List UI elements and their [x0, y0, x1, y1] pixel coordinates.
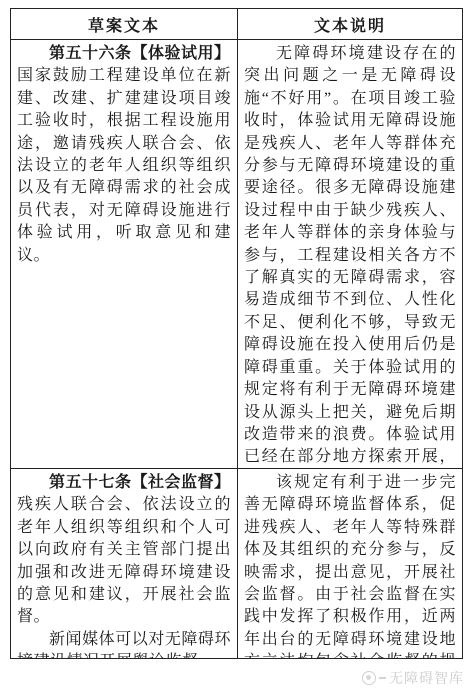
article-56-title: 第五十六条【体验试用】 — [49, 45, 231, 62]
watermark-logo-icon — [362, 671, 376, 685]
watermark-text: 无障碍智库 — [389, 668, 464, 688]
watermark: 无障碍智库 — [362, 669, 464, 687]
article-57-paragraph-1: 第五十七条【社会监督】残疾人联合会、依法设立的老年人组织等组织和个人可以向政府有… — [17, 472, 231, 629]
document-page: 草案文本 文本说明 第五十六条【体验试用】国家鼓励工程建设单位在新建、改建、扩建… — [0, 0, 474, 700]
article-57-title: 第五十七条【社会监督】 — [49, 474, 231, 491]
column-header-draft: 草案文本 — [11, 9, 238, 40]
article-56-paragraph: 第五十六条【体验试用】国家鼓励工程建设单位在新建、改建、扩建建设项目竣工验收时，… — [17, 43, 231, 267]
article-57-text: 残疾人联合会、依法设立的老年人组织等组织和个人可以向政府有关主管部门提出加强和改… — [17, 496, 231, 625]
explanation-57-text: 该规定有利于进一步完善无障碍环境监督体系，促进残疾人、老年人等特殊群体及其组织的… — [244, 472, 456, 658]
draft-cell-article-57: 第五十七条【社会监督】残疾人联合会、依法设立的老年人组织等组织和个人可以向政府有… — [11, 469, 238, 658]
article-56-text: 国家鼓励工程建设单位在新建、改建、扩建建设项目竣工验收时，根据工程设施用途，邀请… — [17, 67, 231, 263]
explanation-cell-article-56: 无障碍环境建设存在的突出问题之一是无障碍设施“不好用”。在项目竣工验收时，体验试… — [238, 40, 462, 469]
explanation-56-text: 无障碍环境建设存在的突出问题之一是无障碍设施“不好用”。在项目竣工验收时，体验试… — [244, 43, 456, 469]
comparison-table: 草案文本 文本说明 第五十六条【体验试用】国家鼓励工程建设单位在新建、改建、扩建… — [10, 8, 463, 659]
watermark-dash — [379, 677, 386, 679]
article-57-paragraph-2: 新闻媒体可以对无障碍环境建设情况开展舆论监督。 — [17, 629, 231, 658]
explanation-cell-article-57: 该规定有利于进一步完善无障碍环境监督体系，促进残疾人、老年人等特殊群体及其组织的… — [238, 469, 462, 658]
column-header-explanation: 文本说明 — [238, 9, 462, 40]
draft-cell-article-56: 第五十六条【体验试用】国家鼓励工程建设单位在新建、改建、扩建建设项目竣工验收时，… — [11, 40, 238, 469]
